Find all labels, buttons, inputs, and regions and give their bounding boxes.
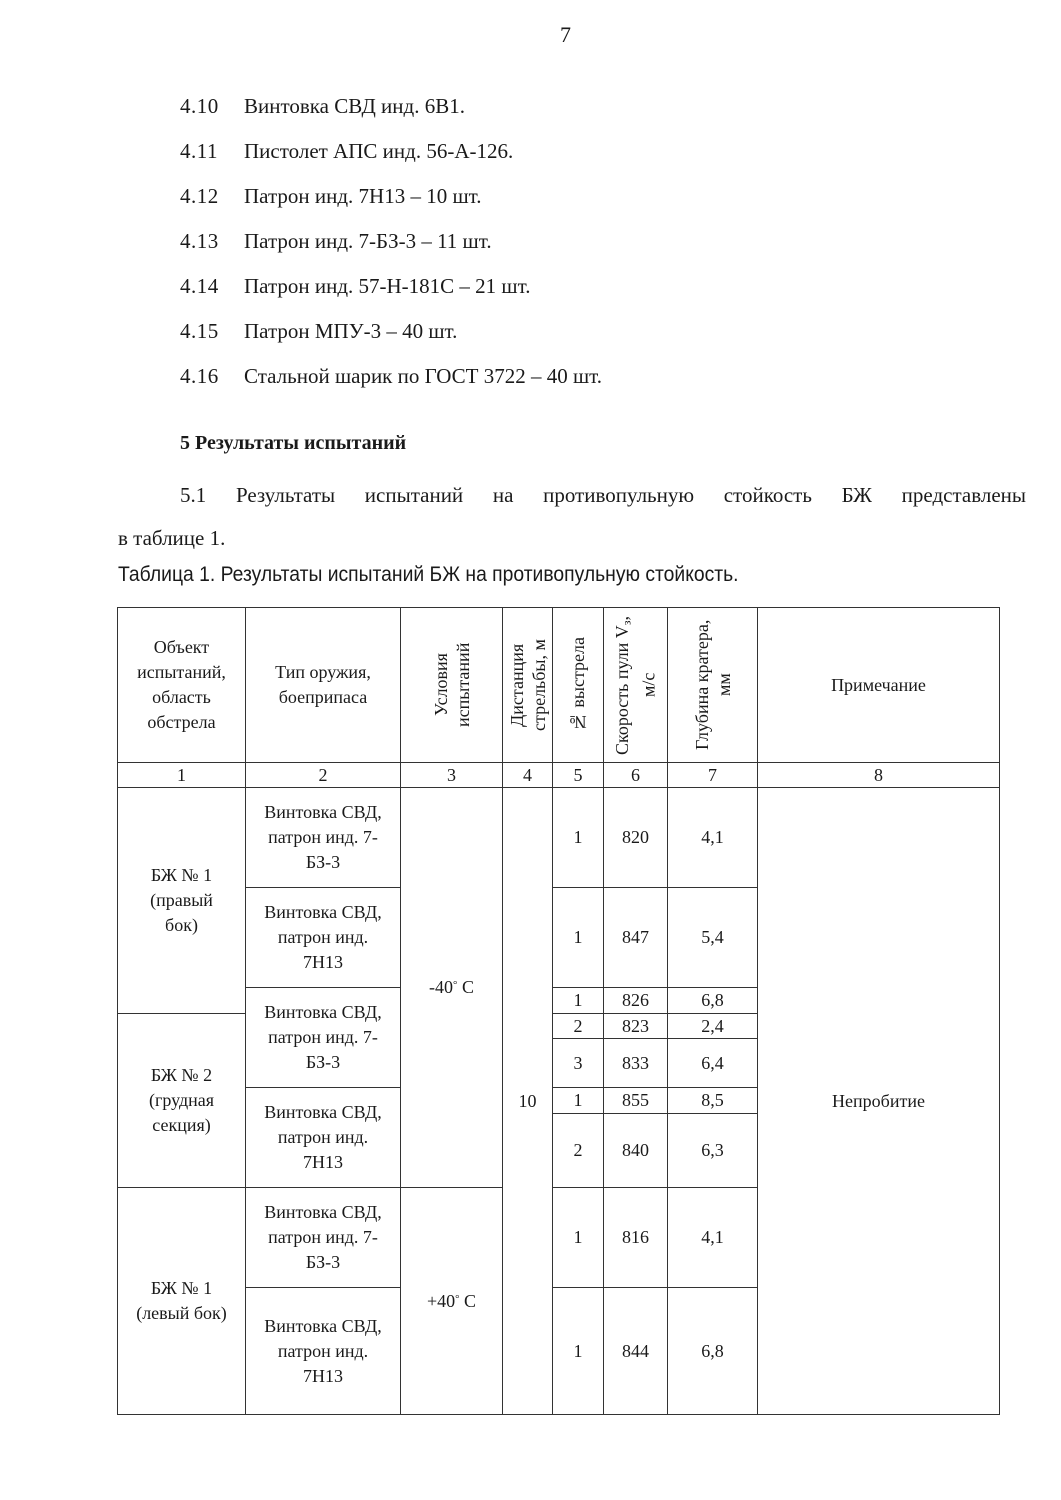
column-number: 1 bbox=[117, 762, 246, 788]
list-item-text: Патрон инд. 7-БЗ-3 – 11 шт. bbox=[244, 229, 492, 253]
header-note: Примечание bbox=[757, 607, 1000, 763]
column-number: 8 bbox=[757, 762, 1000, 788]
object-cell: БЖ № 1 (правый бок) bbox=[117, 787, 246, 1014]
header-speed: Скорость пули Vз, м/с bbox=[603, 607, 668, 763]
speed-cell: 840 bbox=[603, 1113, 668, 1188]
list-item: 4.13Патрон инд. 7-БЗ-3 – 11 шт. bbox=[180, 227, 602, 272]
shot-number-cell: 1 bbox=[552, 987, 604, 1014]
speed-cell: 826 bbox=[603, 987, 668, 1014]
list-item-text: Патрон МПУ-3 – 40 шт. bbox=[244, 319, 457, 343]
column-number: 7 bbox=[667, 762, 758, 788]
speed-cell: 820 bbox=[603, 787, 668, 888]
header-conditions: Условия испытаний bbox=[400, 607, 503, 763]
shot-number-cell: 2 bbox=[552, 1013, 604, 1039]
speed-cell: 833 bbox=[603, 1038, 668, 1088]
depth-cell: 6,8 bbox=[667, 987, 758, 1014]
conditions-cell: -40° С bbox=[400, 787, 503, 1188]
shot-number-cell: 1 bbox=[552, 1287, 604, 1415]
list-item: 4.10Винтовка СВД инд. 6В1. bbox=[180, 92, 602, 137]
depth-cell: 4,1 bbox=[667, 1187, 758, 1288]
weapon-cell: Винтовка СВД, патрон инд. 7Н13 bbox=[245, 1287, 401, 1415]
shot-number-cell: 2 bbox=[552, 1113, 604, 1188]
list-item: 4.14Патрон инд. 57-Н-181С – 21 шт. bbox=[180, 272, 602, 317]
shot-number-cell: 3 bbox=[552, 1038, 604, 1088]
equipment-list: 4.10Винтовка СВД инд. 6В1.4.11Пистолет А… bbox=[180, 92, 602, 407]
shot-number-cell: 1 bbox=[552, 787, 604, 888]
depth-cell: 6,4 bbox=[667, 1038, 758, 1088]
list-item-number: 4.16 bbox=[180, 362, 244, 390]
weapon-cell: Винтовка СВД, патрон инд. 7-БЗ-3 bbox=[245, 1187, 401, 1288]
list-item: 4.11Пистолет АПС инд. 56-А-126. bbox=[180, 137, 602, 182]
depth-cell: 2,4 bbox=[667, 1013, 758, 1039]
conditions-cell: +40° С bbox=[400, 1187, 503, 1415]
speed-cell: 816 bbox=[603, 1187, 668, 1288]
column-number: 2 bbox=[245, 762, 401, 788]
distance-cell: 10 bbox=[502, 787, 553, 1415]
depth-cell: 8,5 bbox=[667, 1087, 758, 1114]
column-number: 5 bbox=[552, 762, 604, 788]
page-number: 7 bbox=[560, 22, 571, 48]
list-item: 4.15Патрон МПУ-3 – 40 шт. bbox=[180, 317, 602, 362]
shot-number-cell: 1 bbox=[552, 1087, 604, 1114]
header-shot-number: № выстрела bbox=[552, 607, 604, 763]
speed-cell: 844 bbox=[603, 1287, 668, 1415]
weapon-cell: Винтовка СВД, патрон инд. 7Н13 bbox=[245, 1087, 401, 1188]
section-title: 5 Результаты испытаний bbox=[180, 432, 406, 455]
list-item-number: 4.13 bbox=[180, 227, 244, 255]
speed-cell: 823 bbox=[603, 1013, 668, 1039]
list-item-number: 4.15 bbox=[180, 317, 244, 345]
list-item-text: Винтовка СВД инд. 6В1. bbox=[244, 94, 465, 118]
column-number: 4 bbox=[502, 762, 553, 788]
shot-number-cell: 1 bbox=[552, 1187, 604, 1288]
depth-cell: 5,4 bbox=[667, 887, 758, 988]
list-item: 4.16Стальной шарик по ГОСТ 3722 – 40 шт. bbox=[180, 362, 602, 407]
list-item-text: Патрон инд. 7Н13 – 10 шт. bbox=[244, 184, 481, 208]
results-table: Объект испытаний, область обстрелаТип ор… bbox=[117, 607, 999, 1415]
column-number: 3 bbox=[400, 762, 503, 788]
list-item-number: 4.12 bbox=[180, 182, 244, 210]
speed-cell: 855 bbox=[603, 1087, 668, 1114]
list-item-number: 4.11 bbox=[180, 137, 244, 165]
list-item-number: 4.10 bbox=[180, 92, 244, 120]
depth-cell: 6,8 bbox=[667, 1287, 758, 1415]
header-depth: Глубина кратера, мм bbox=[667, 607, 758, 763]
weapon-cell: Винтовка СВД, патрон инд. 7-БЗ-3 bbox=[245, 787, 401, 888]
weapon-cell: Винтовка СВД, патрон инд. 7-БЗ-3 bbox=[245, 987, 401, 1088]
note-cell: Непробитие bbox=[757, 787, 1000, 1415]
header-distance: Дистанция стрельбы, м bbox=[502, 607, 553, 763]
header-object: Объект испытаний, область обстрела bbox=[117, 607, 246, 763]
depth-cell: 4,1 bbox=[667, 787, 758, 888]
header-weapon: Тип оружия, боеприпаса bbox=[245, 607, 401, 763]
paragraph-line-2: в таблице 1. bbox=[118, 517, 1026, 560]
shot-number-cell: 1 bbox=[552, 887, 604, 988]
weapon-cell: Винтовка СВД, патрон инд. 7Н13 bbox=[245, 887, 401, 988]
paragraph-line-1: 5.1 Результаты испытаний на противопульн… bbox=[118, 474, 1026, 517]
table-caption: Таблица 1. Результаты испытаний БЖ на пр… bbox=[118, 563, 739, 587]
column-number: 6 bbox=[603, 762, 668, 788]
object-cell: БЖ № 1 (левый бок) bbox=[117, 1187, 246, 1415]
section-paragraph: 5.1 Результаты испытаний на противопульн… bbox=[118, 474, 1026, 560]
list-item-number: 4.14 bbox=[180, 272, 244, 300]
list-item: 4.12Патрон инд. 7Н13 – 10 шт. bbox=[180, 182, 602, 227]
list-item-text: Патрон инд. 57-Н-181С – 21 шт. bbox=[244, 274, 530, 298]
object-cell: БЖ № 2 (грудная секция) bbox=[117, 1013, 246, 1188]
list-item-text: Стальной шарик по ГОСТ 3722 – 40 шт. bbox=[244, 364, 602, 388]
speed-cell: 847 bbox=[603, 887, 668, 988]
list-item-text: Пистолет АПС инд. 56-А-126. bbox=[244, 139, 513, 163]
depth-cell: 6,3 bbox=[667, 1113, 758, 1188]
